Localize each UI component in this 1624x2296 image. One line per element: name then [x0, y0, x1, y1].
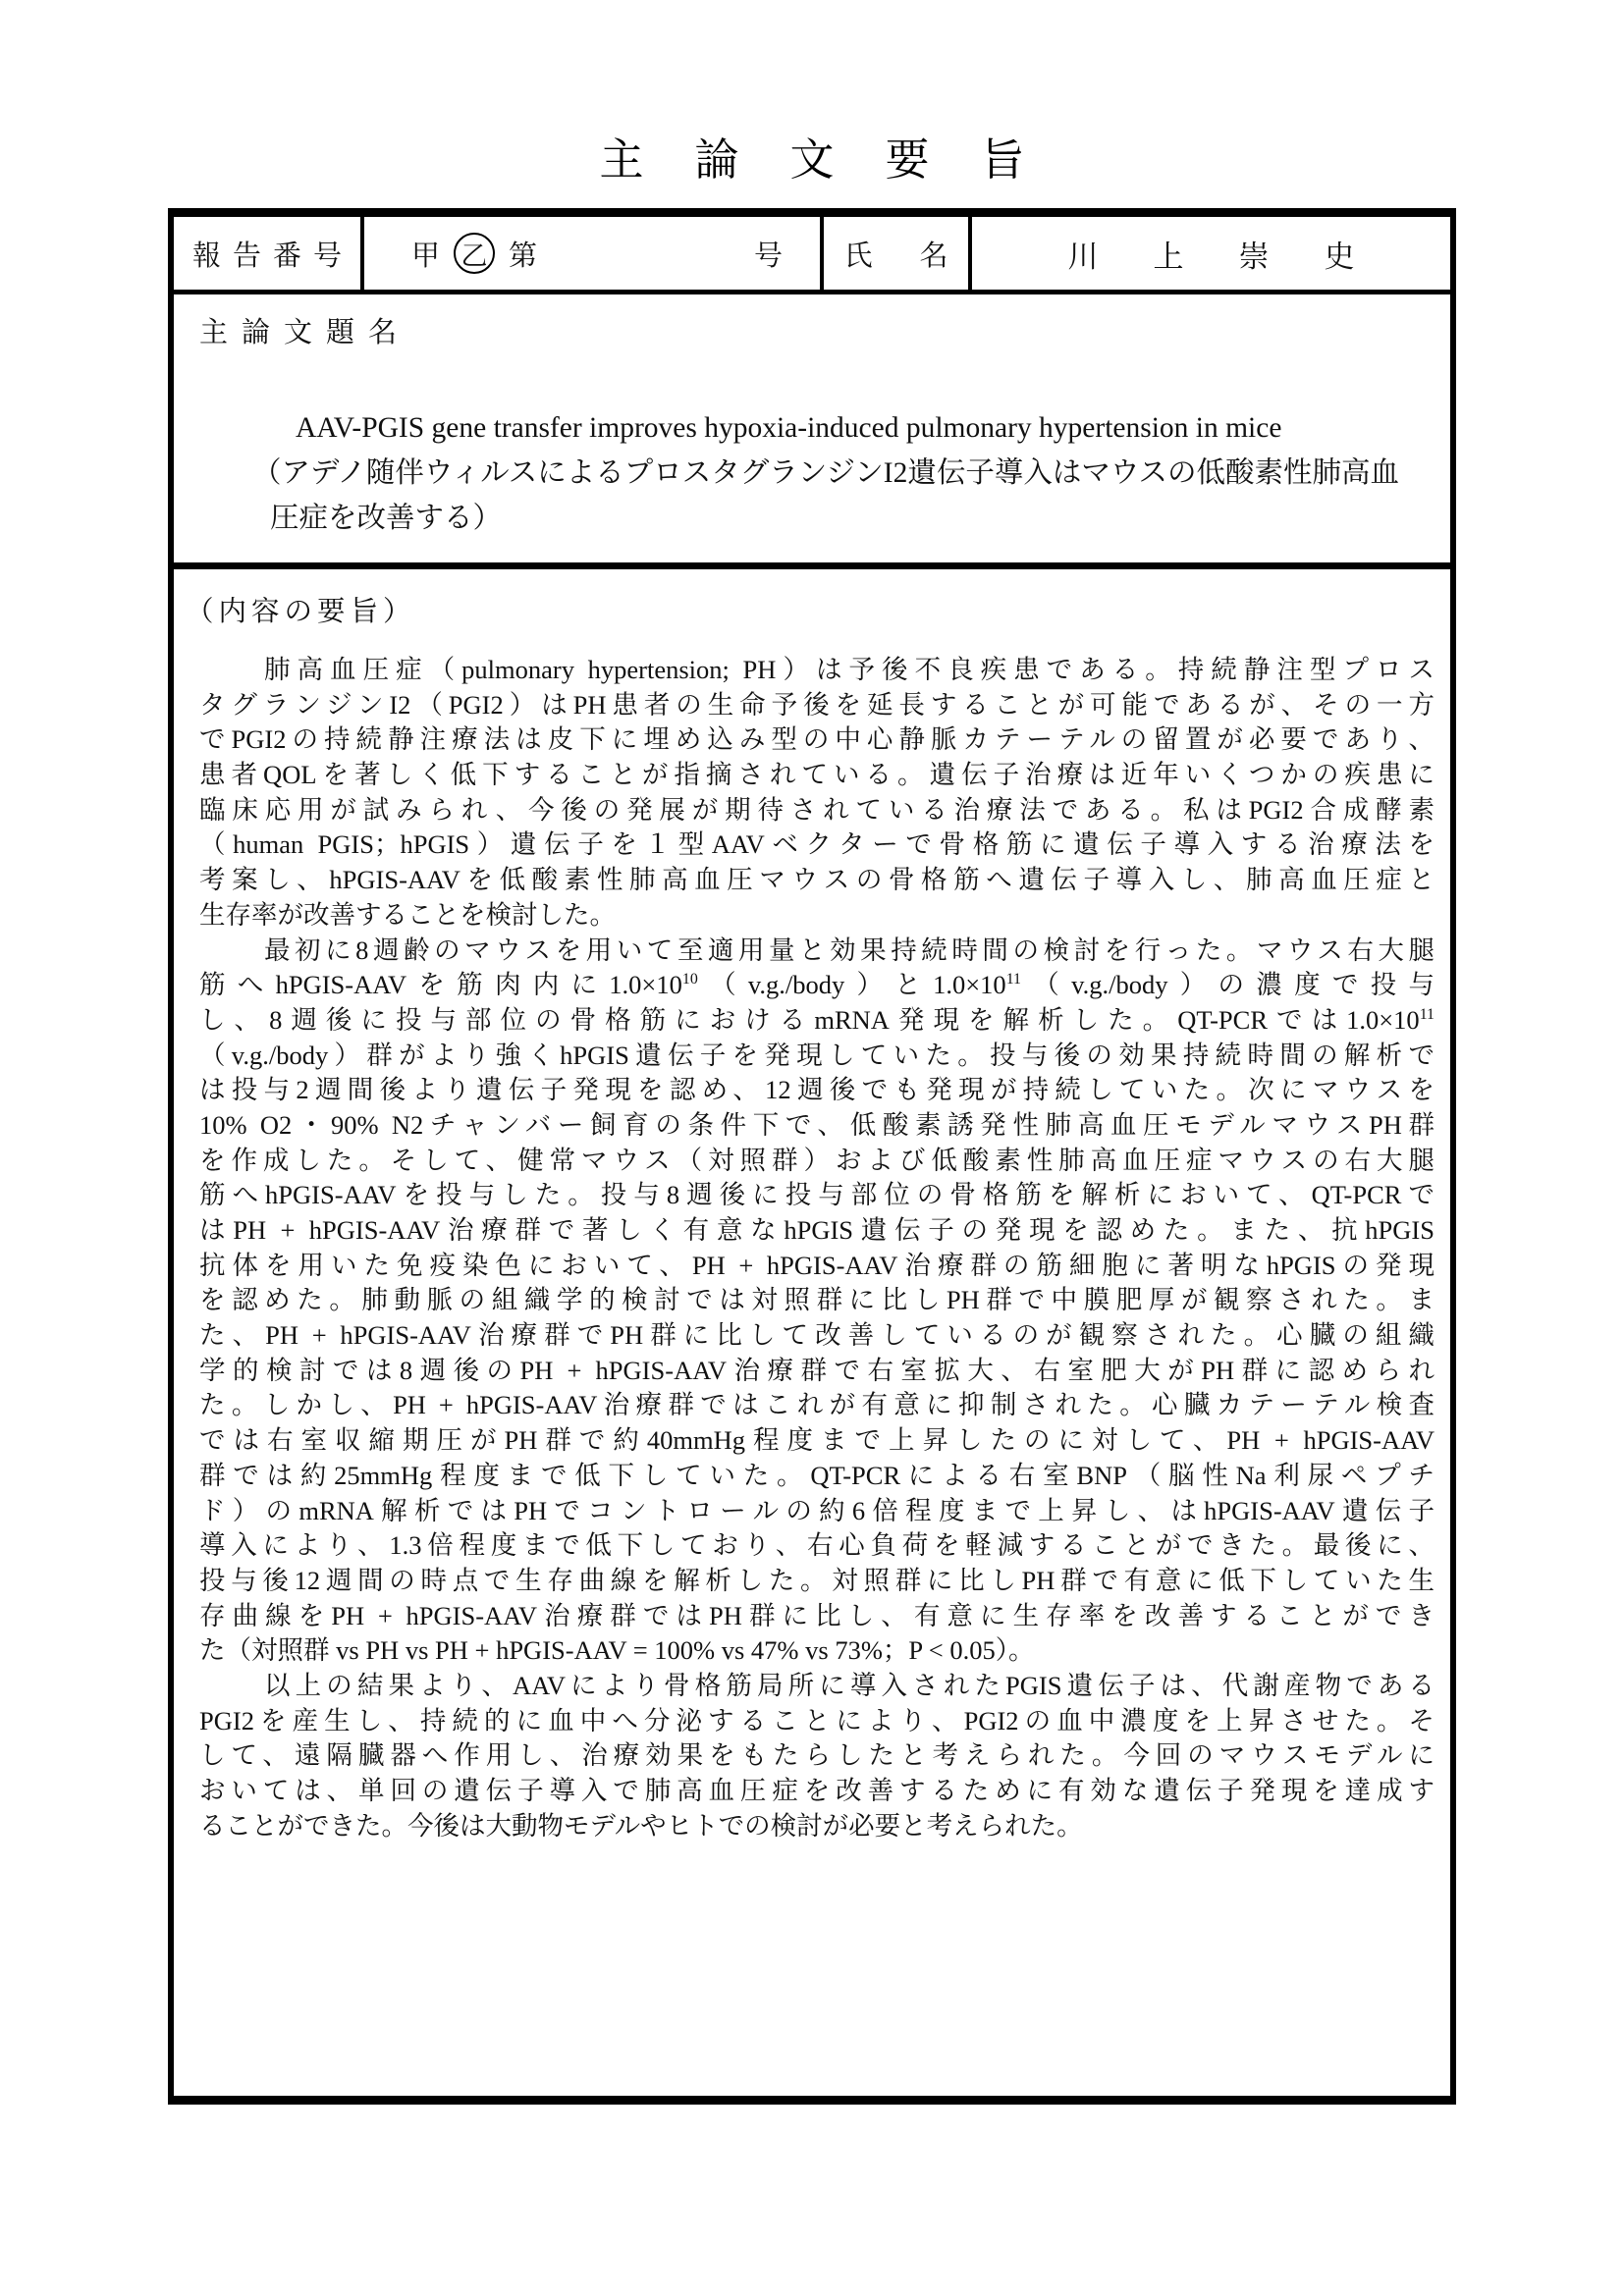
abstract-line: 学的検討では8週後のPH + hPGIS-AAV治療群で右室拡大、右室肥大がPH… [174, 1354, 1450, 1389]
otsu-circled-mark: 乙 [454, 233, 495, 274]
name-label-cell: 氏名 [824, 217, 972, 290]
abstract-label: （内容の要旨） [186, 589, 1450, 629]
thesis-title-label: 主論文題名 [199, 310, 1450, 350]
document-frame: 報告番号 甲 乙 第 号 氏名 川上崇史 主論文題名 AAV-PGIS gene… [168, 208, 1456, 2105]
abstract-line: 抗体を用いた免疫染色において、PH + hPGIS-AAV治療群の筋細胞に著明な… [174, 1249, 1450, 1284]
thesis-title-lines: AAV-PGIS gene transfer improves hypoxia-… [174, 405, 1450, 541]
abstract-line: では右室収縮期圧がPH群で約40mmHg程度まで上昇したのに対して、PH + h… [174, 1423, 1450, 1459]
abstract-line: 導入により、1.3倍程度まで低下しており、右心負荷を軽減することができた。最後に… [174, 1528, 1450, 1564]
abstract-line: 最初に8週齢のマウスを用いて至適用量と効果持続時間の検討を行った。マウス右大腿 [174, 934, 1450, 969]
abstract-line: （human PGIS；hPGIS）遺伝子を１型AAVベクターで骨格筋に遺伝子導… [174, 828, 1450, 863]
thesis-title-section: 主論文題名 AAV-PGIS gene transfer improves hy… [174, 294, 1450, 569]
abstract-line: 筋へhPGIS-AAVを投与した。投与8週後に投与部位の骨格筋を解析において、Q… [174, 1178, 1450, 1213]
report-number-label-cell: 報告番号 [174, 217, 364, 290]
abstract-line: 生存率が改善することを検討した。 [174, 898, 1450, 934]
dai-mark: 第 [509, 234, 537, 274]
gou-mark: 号 [754, 234, 783, 274]
superscript: 11 [1420, 1006, 1435, 1023]
abstract-line: 以上の結果より、AAVにより骨格筋局所に導入されたPGIS遺伝子は、代謝産物であ… [174, 1669, 1450, 1704]
abstract-line: 患者QOLを著しく低下することが指摘されている。遺伝子治療は近年いくつかの疾患に [174, 758, 1450, 793]
abstract-line: を作成した。そして、健常マウス（対照群）および低酸素性肺高血圧症マウスの右大腿 [174, 1144, 1450, 1179]
abstract-line: 臨床応用が試みられ、今後の発展が期待されている治療法である。私はPGI2合成酵素 [174, 793, 1450, 828]
abstract-line: し、8週後に投与部位の骨格筋におけるmRNA発現を解析した。QT-PCRでは1.… [174, 1003, 1450, 1039]
abstract-line: た。しかし、PH + hPGIS-AAV治療群ではこれが有意に抑制された。心臓カ… [174, 1388, 1450, 1423]
report-number-value-cell: 甲 乙 第 号 [364, 217, 824, 290]
abstract-line: た、PH + hPGIS-AAV治療群でPH群に比して改善しているのが観察された… [174, 1318, 1450, 1354]
page-title: 主論文要旨 [0, 0, 1624, 182]
abstract-line: タグランジンI2（PGI2）はPH患者の生命予後を延長することが可能であるが、そ… [174, 688, 1450, 723]
abstract-line: 投与後12週間の時点で生存曲線を解析した。対照群に比しPH群で有意に低下していた… [174, 1564, 1450, 1599]
superscript: 11 [1006, 971, 1021, 988]
thesis-title-japanese-line1: （アデノ随伴ウィルスによるプロスタグランジンI2遺伝子導入はマウスの低酸素性肺高… [252, 451, 1450, 496]
abstract-line: 群では約25mmHg程度まで低下していた。QT-PCRによる右室BNP（脳性Na… [174, 1459, 1450, 1494]
abstract-body: 肺高血圧症（pulmonary hypertension; PH）は予後不良疾患… [174, 653, 1450, 1843]
abstract-paragraph: 以上の結果より、AAVにより骨格筋局所に導入されたPGIS遺伝子は、代謝産物であ… [174, 1669, 1450, 1843]
document-page: 主論文要旨 報告番号 甲 乙 第 号 氏名 川上崇史 主論文題名 AAV [0, 0, 1624, 2296]
abstract-line: 考案し、hPGIS-AAVを低酸素性肺高血圧マウスの骨格筋へ遺伝子導入し、肺高血… [174, 863, 1450, 898]
abstract-line: おいては、単回の遺伝子導入で肺高血圧症を改善するために有効な遺伝子発現を達成す [174, 1774, 1450, 1809]
abstract-line: 筋へhPGIS-AAVを筋肉内に1.0×1010（v.g./body）と1.0×… [174, 968, 1450, 1003]
abstract-line: 存曲線をPH + hPGIS-AAV治療群ではPH群に比し、有意に生存率を改善す… [174, 1599, 1450, 1634]
abstract-line: ることができた。今後は大動物モデルやヒトでの検討が必要と考えられた。 [174, 1809, 1450, 1844]
abstract-paragraph: 最初に8週齢のマウスを用いて至適用量と効果持続時間の検討を行った。マウス右大腿筋… [174, 934, 1450, 1669]
abstract-section: （内容の要旨） 肺高血圧症（pulmonary hypertension; PH… [174, 569, 1450, 2096]
abstract-line: PGI2を産生し、持続的に血中へ分泌することにより、PGI2の血中濃度を上昇させ… [174, 1704, 1450, 1739]
abstract-line: ド）のmRNA解析ではPHでコントロールの約6倍程度まで上昇し、はhPGIS-A… [174, 1494, 1450, 1529]
name-label: 氏名 [843, 234, 972, 274]
abstract-paragraph: 肺高血圧症（pulmonary hypertension; PH）は予後不良疾患… [174, 653, 1450, 934]
abstract-line: を認めた。肺動脈の組織学的検討では対照群に比しPH群で中膜肥厚が観察された。ま [174, 1283, 1450, 1318]
abstract-line: でPGI2の持続静注療法は皮下に埋め込み型の中心静脈カテーテルの留置が必要であり… [174, 722, 1450, 758]
abstract-line: はPH + hPGIS-AAV治療群で著しく有意なhPGIS遺伝子の発現を認めた… [174, 1213, 1450, 1249]
applicant-name: 川上崇史 [1068, 232, 1410, 276]
abstract-line: 肺高血圧症（pulmonary hypertension; PH）は予後不良疾患… [174, 653, 1450, 688]
abstract-line: （v.g./body）群がより強くhPGIS遺伝子を発現していた。投与後の効果持… [174, 1039, 1450, 1074]
thesis-title-english: AAV-PGIS gene transfer improves hypoxia-… [296, 405, 1450, 451]
kou-mark: 甲 [411, 234, 440, 274]
abstract-line: 10% O2・90% N2チャンバー飼育の条件下で、低酸素誘発性肺高血圧モデルマ… [174, 1108, 1450, 1144]
abstract-line: た（対照群 vs PH vs PH + hPGIS-AAV = 100% vs … [174, 1633, 1450, 1669]
report-header-row: 報告番号 甲 乙 第 号 氏名 川上崇史 [174, 217, 1450, 294]
name-value-cell: 川上崇史 [972, 217, 1450, 290]
abstract-line: は投与2週間後より遺伝子発現を認め、12週後でも発現が持続していた。次にマウスを [174, 1073, 1450, 1108]
thesis-title-japanese-line2: 圧症を改善する） [270, 496, 1450, 541]
abstract-line: して、遠隔臓器へ作用し、治療効果をもたらしたと考えられた。今回のマウスモデルに [174, 1738, 1450, 1774]
superscript: 10 [682, 971, 698, 988]
report-number-label: 報告番号 [192, 234, 353, 274]
